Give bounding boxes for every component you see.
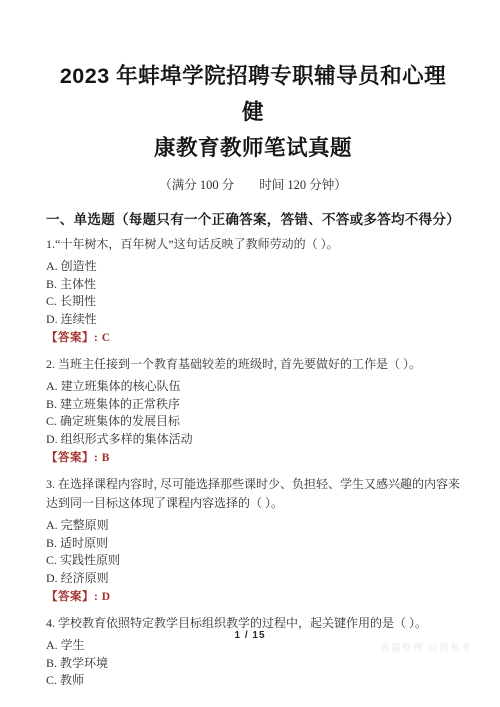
- option-c: C. 长期性: [46, 293, 460, 311]
- section-heading: 一、单选题（每题只有一个正确答案，答错、不答或多答均不得分）: [46, 208, 460, 228]
- option-b: B. 主体性: [46, 276, 460, 294]
- page-title-line-2: 康教育教师笔试真题: [154, 136, 352, 160]
- option-d: D. 组织形式多样的集体活动: [46, 431, 460, 449]
- option-a: A. 创造性: [46, 258, 460, 276]
- option-c: C. 确定班集体的发展目标: [46, 413, 460, 431]
- option-b: B. 适时原则: [46, 535, 460, 553]
- question-stem: 2. 当班主任接到一个教育基础较差的班级时, 首先要做好的工作是（ ）。: [46, 355, 460, 374]
- option-a: A. 建立班集体的核心队伍: [46, 378, 460, 396]
- question-1: 1.“十年树木，百年树人”这句话反映了教师劳动的（ ）。 A. 创造性 B. 主…: [46, 235, 460, 347]
- question-2: 2. 当班主任接到一个教育基础较差的班级时, 首先要做好的工作是（ ）。 A. …: [46, 355, 460, 467]
- question-3: 3. 在选择课程内容时, 尽可能选择那些课时少、负担轻、学生又感兴趣的内容来达到…: [46, 475, 460, 606]
- watermark: 真题整理 仅供参考: [380, 640, 472, 654]
- page-title: 2023 年蚌埠学院招聘专职辅导员和心理健 康教育教师笔试真题: [50, 58, 456, 166]
- exam-document-page: 2023 年蚌埠学院招聘专职辅导员和心理健 康教育教师笔试真题 （满分 100 …: [0, 0, 500, 707]
- option-c: C. 教师: [46, 672, 460, 690]
- option-b: B. 建立班集体的正常秩序: [46, 396, 460, 414]
- option-d: D. 经济原则: [46, 570, 460, 588]
- question-stem: 3. 在选择课程内容时, 尽可能选择那些课时少、负担轻、学生又感兴趣的内容来达到…: [46, 475, 460, 513]
- page-title-line-1: 2023 年蚌埠学院招聘专职辅导员和心理健: [60, 64, 446, 124]
- option-a: A. 完整原则: [46, 517, 460, 535]
- answer-line: 【答案】: C: [46, 330, 460, 347]
- answer-line: 【答案】: D: [46, 589, 460, 606]
- question-stem: 1.“十年树木，百年树人”这句话反映了教师劳动的（ ）。: [46, 235, 460, 254]
- page-content: 2023 年蚌埠学院招聘专职辅导员和心理健 康教育教师笔试真题 （满分 100 …: [0, 58, 500, 690]
- option-d: D. 连续性: [46, 311, 460, 329]
- answer-line: 【答案】: B: [46, 450, 460, 467]
- exam-score-time-info: （满分 100 分 时间 120 分钟）: [46, 175, 460, 193]
- option-b: B. 教学环境: [46, 655, 460, 673]
- option-c: C. 实践性原则: [46, 552, 460, 570]
